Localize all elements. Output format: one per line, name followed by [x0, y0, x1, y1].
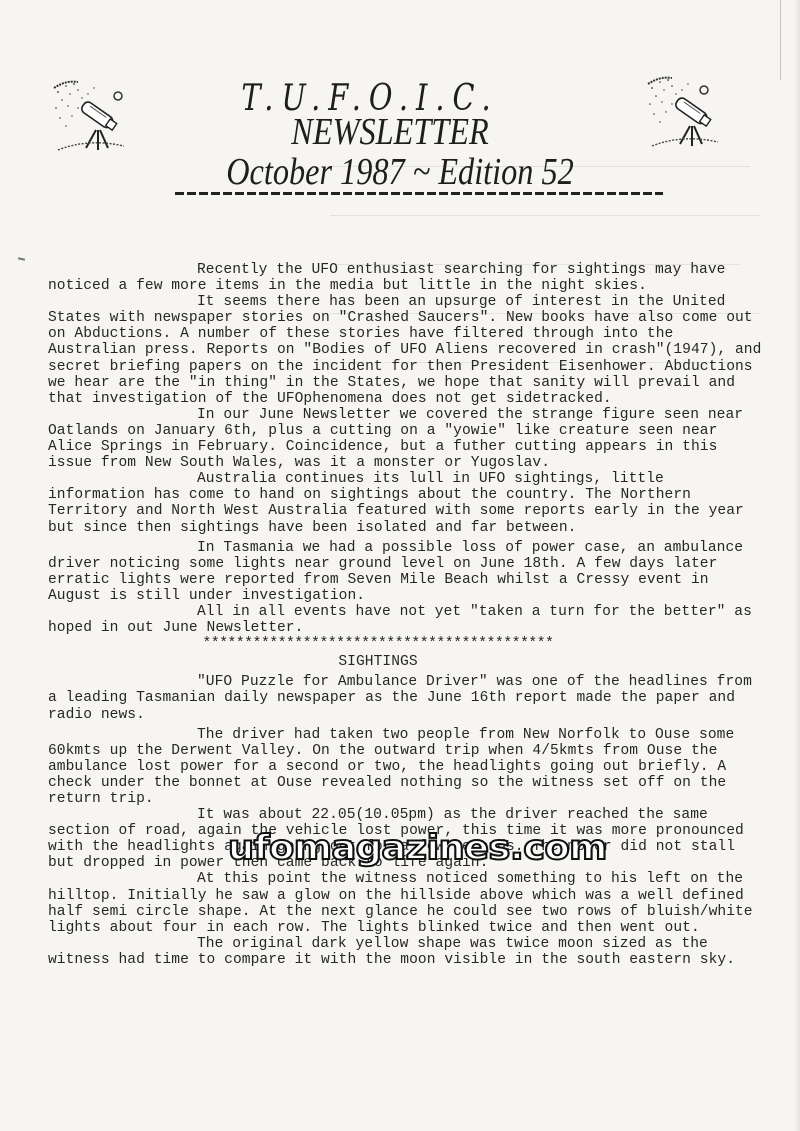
- paragraph: Recently the UFO enthusiast searching fo…: [48, 262, 768, 294]
- telescope-icon: [642, 70, 732, 150]
- header-divider: [175, 192, 663, 195]
- masthead: T.U.F.O.I.C. NEWSLETTER October 1987 ~ E…: [0, 70, 800, 210]
- watermark: ufomagazines.com: [228, 828, 607, 868]
- margin-rule: [780, 0, 781, 80]
- paragraph: The original dark yellow shape was twice…: [48, 936, 768, 968]
- stray-mark: [18, 257, 25, 260]
- section-separator: ****************************************…: [48, 636, 768, 652]
- paragraph: In our June Newsletter we covered the st…: [48, 407, 768, 471]
- masthead-title: NEWSLETTER: [195, 110, 586, 154]
- paragraph: Australia continues its lull in UFO sigh…: [48, 471, 768, 535]
- section-heading: SIGHTINGS: [48, 654, 768, 670]
- telescope-icon: [48, 74, 138, 154]
- edition-line: October 1987 ~ Edition 52: [162, 150, 638, 194]
- paragraph: All in all events have not yet "taken a …: [48, 604, 768, 636]
- paragraph: In Tasmania we had a possible loss of po…: [48, 540, 768, 604]
- paragraph: At this point the witness noticed someth…: [48, 871, 768, 935]
- paragraph: The driver had taken two people from New…: [48, 727, 768, 807]
- paragraph: "UFO Puzzle for Ambulance Driver" was on…: [48, 674, 768, 722]
- paragraph: It seems there has been an upsurge of in…: [48, 294, 768, 407]
